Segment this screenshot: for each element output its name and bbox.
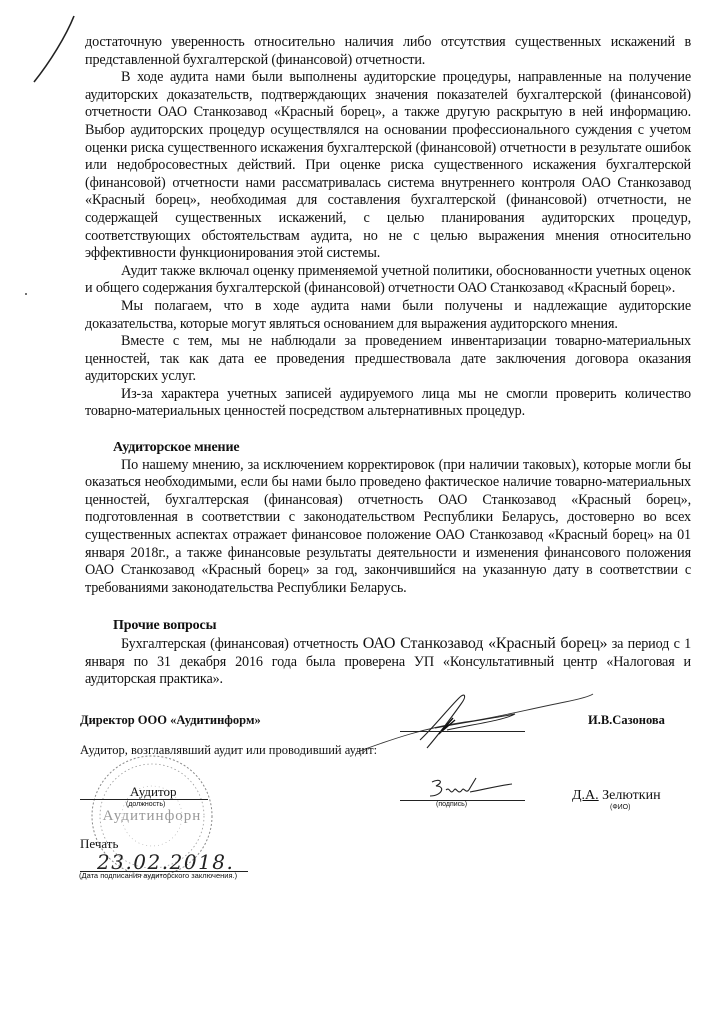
report-body: достаточную уверенность относительно нал… bbox=[85, 34, 691, 689]
paragraph: достаточную уверенность относительно нал… bbox=[85, 34, 691, 69]
director-signature-line bbox=[400, 731, 525, 732]
margin-slash-mark bbox=[30, 14, 80, 84]
director-name: И.В.Сазонова bbox=[588, 713, 665, 728]
position-caption: (должность) bbox=[126, 801, 165, 808]
position-line bbox=[80, 799, 208, 800]
paragraph: В ходе аудита нами были выполнены аудито… bbox=[85, 69, 691, 263]
auditor-position: Аудитор bbox=[130, 784, 177, 800]
auditor-surname: Зелюткин bbox=[599, 788, 661, 803]
director-title: Директор ООО «Аудитинформ» bbox=[80, 713, 261, 728]
auditor-initials: Д.А. bbox=[572, 788, 599, 803]
svg-text:Аудитинфорн: Аудитинфорн bbox=[103, 808, 202, 824]
other-matters-text-a: Бухгалтерская (финансовая) отчетность bbox=[121, 636, 363, 652]
section-heading-other-matters: Прочие вопросы bbox=[85, 617, 691, 635]
fio-caption: (ФИО) bbox=[610, 804, 630, 811]
paragraph: Вместе с тем, мы не наблюдали за проведе… bbox=[85, 333, 691, 386]
director-signature-icon bbox=[355, 688, 595, 758]
other-matters-paragraph: Бухгалтерская (финансовая) отчетность ОА… bbox=[85, 635, 691, 689]
document-page: достаточную уверенность относительно нал… bbox=[0, 0, 724, 1024]
opinion-paragraph: По нашему мнению, за исключением коррект… bbox=[85, 457, 691, 598]
section-heading-opinion: Аудиторское мнение bbox=[85, 439, 691, 457]
auditor-name: Д.А. Зелюткин bbox=[572, 788, 661, 804]
paragraph: Из-за характера учетных записей аудируем… bbox=[85, 386, 691, 421]
paragraph: Аудит также включал оценку применяемой у… bbox=[85, 263, 691, 298]
paragraph: Мы полагаем, что в ходе аудита нами были… bbox=[85, 298, 691, 333]
company-name-emphasis: ОАО Станкозавод «Красный борец» bbox=[363, 635, 608, 652]
scan-speck bbox=[25, 293, 27, 295]
date-caption: (Дата подписания аудиторского заключения… bbox=[79, 871, 237, 880]
signature-caption: (подпись) bbox=[436, 801, 467, 808]
